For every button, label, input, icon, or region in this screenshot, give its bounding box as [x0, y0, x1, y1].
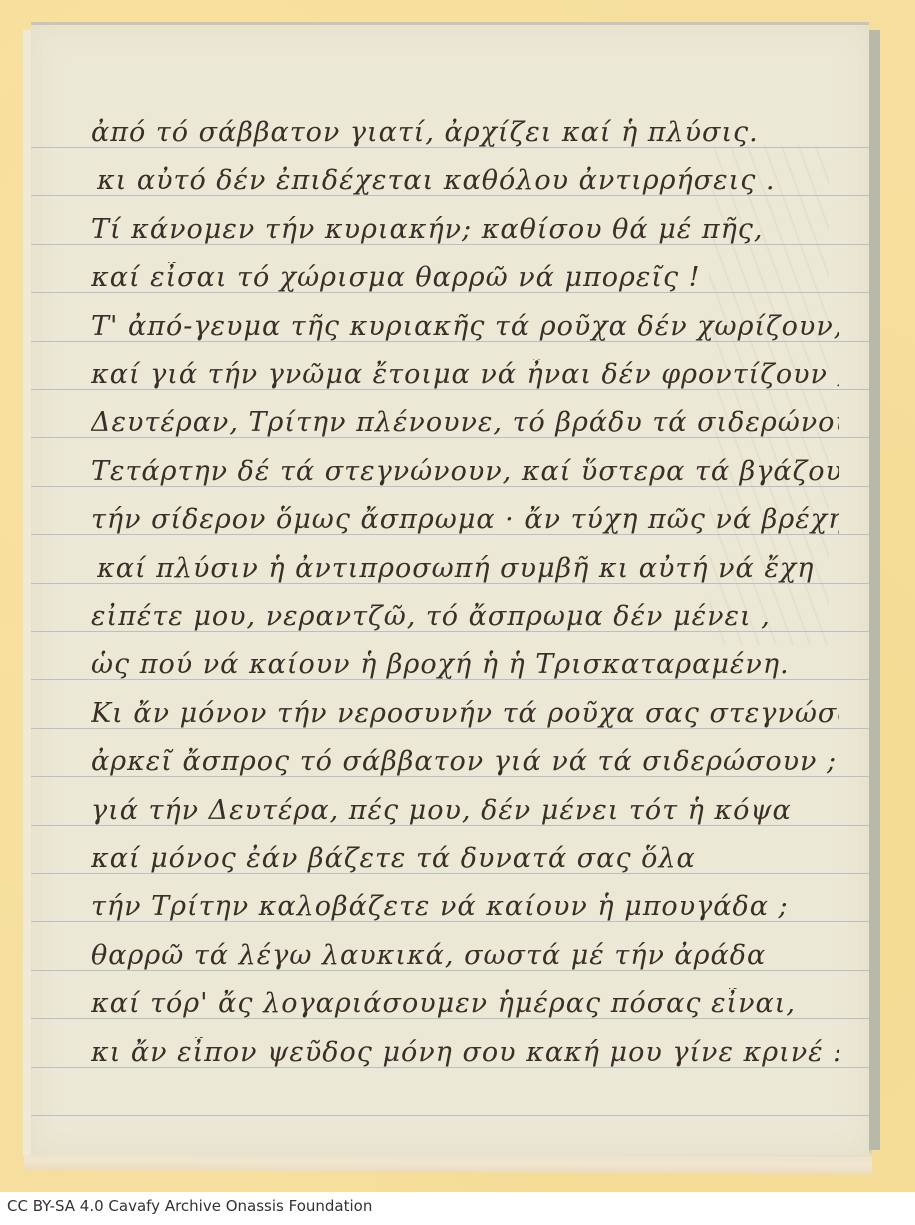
handwritten-line: καί τόρ' ἄς λογαριάσουμεν ἡμέρας πόσας ε…: [91, 988, 839, 1019]
handwritten-line: ὡς πού νά καίουν ἡ βροχή ἡ ἡ Τρισκαταραμ…: [91, 649, 839, 680]
handwritten-line: τήν σίδερον ὅμως ἄσπρωμα · ἄν τύχη πῶς ν…: [91, 504, 839, 535]
handwritten-line: Κι ἄν μόνον τήν νεροσυνήν τά ροῦχα σας σ…: [91, 698, 839, 729]
page-stack-edge: [868, 30, 880, 1150]
handwritten-line: ἀρκεῖ ἄσπρος τό σάββατον γιά νά τά σιδερ…: [91, 746, 839, 777]
handwritten-line: ἀπό τό σάββατον γιατί, ἀρχίζει καί ἡ πλύ…: [91, 117, 839, 148]
handwritten-line: θαρρῶ τά λέγω λαυκικά, σωστά μέ τήν ἀράδ…: [91, 940, 839, 971]
handwritten-line: κι αὐτό δέν ἐπιδέχεται καθόλου ἀντιρρήσε…: [97, 165, 839, 196]
handwritten-line: Τ' ἀπό-γευμα τῆς κυριακῆς τά ροῦχα δέν χ…: [91, 311, 839, 342]
manuscript-sheet: ἀπό τό σάββατον γιατί, ἀρχίζει καί ἡ πλύ…: [31, 22, 869, 1155]
handwritten-line: καί εἶσαι τό χώρισμα θαρρῶ νά μπορεῖς !: [91, 262, 839, 293]
handwritten-line: εἰπέτε μου, νεραντζῶ, τό ἄσπρωμα δέν μέν…: [91, 601, 839, 632]
license-caption: CC BY-SA 4.0 Cavafy Archive Onassis Foun…: [7, 1197, 372, 1215]
handwritten-line: Τετάρτην δέ τά στεγνώνουν, καί ὕστερα τά…: [91, 456, 839, 487]
ruled-line: [31, 1115, 869, 1116]
handwritten-line: τήν Τρίτην καλοβάζετε νά καίουν ἡ μπουγά…: [91, 891, 839, 922]
handwritten-line: Δευτέραν, Τρίτην πλένουνε, τό βράδυ τά σ…: [91, 407, 839, 438]
handwritten-line: καί πλύσιν ἡ ἀντιπροσωπή συμβῆ κι αὐτή ν…: [97, 553, 839, 584]
handwritten-line: γιά τήν Δευτέρα, πές μου, δέν μένει τότ …: [91, 795, 839, 826]
handwritten-line: καί μόνος ἐάν βάζετε τά δυνατά σας ὅλα: [91, 843, 839, 874]
handwritten-line: καί γιά τήν γνῶμα ἔτοιμα νά ἦναι δέν φρο…: [91, 359, 839, 390]
handwritten-line: Τί κάνομεν τήν κυριακήν; καθίσου θά μέ π…: [91, 214, 839, 245]
handwritten-line: κι ἄν εἶπον ψεῦδος μόνη σου κακή μου γίν…: [91, 1037, 839, 1068]
